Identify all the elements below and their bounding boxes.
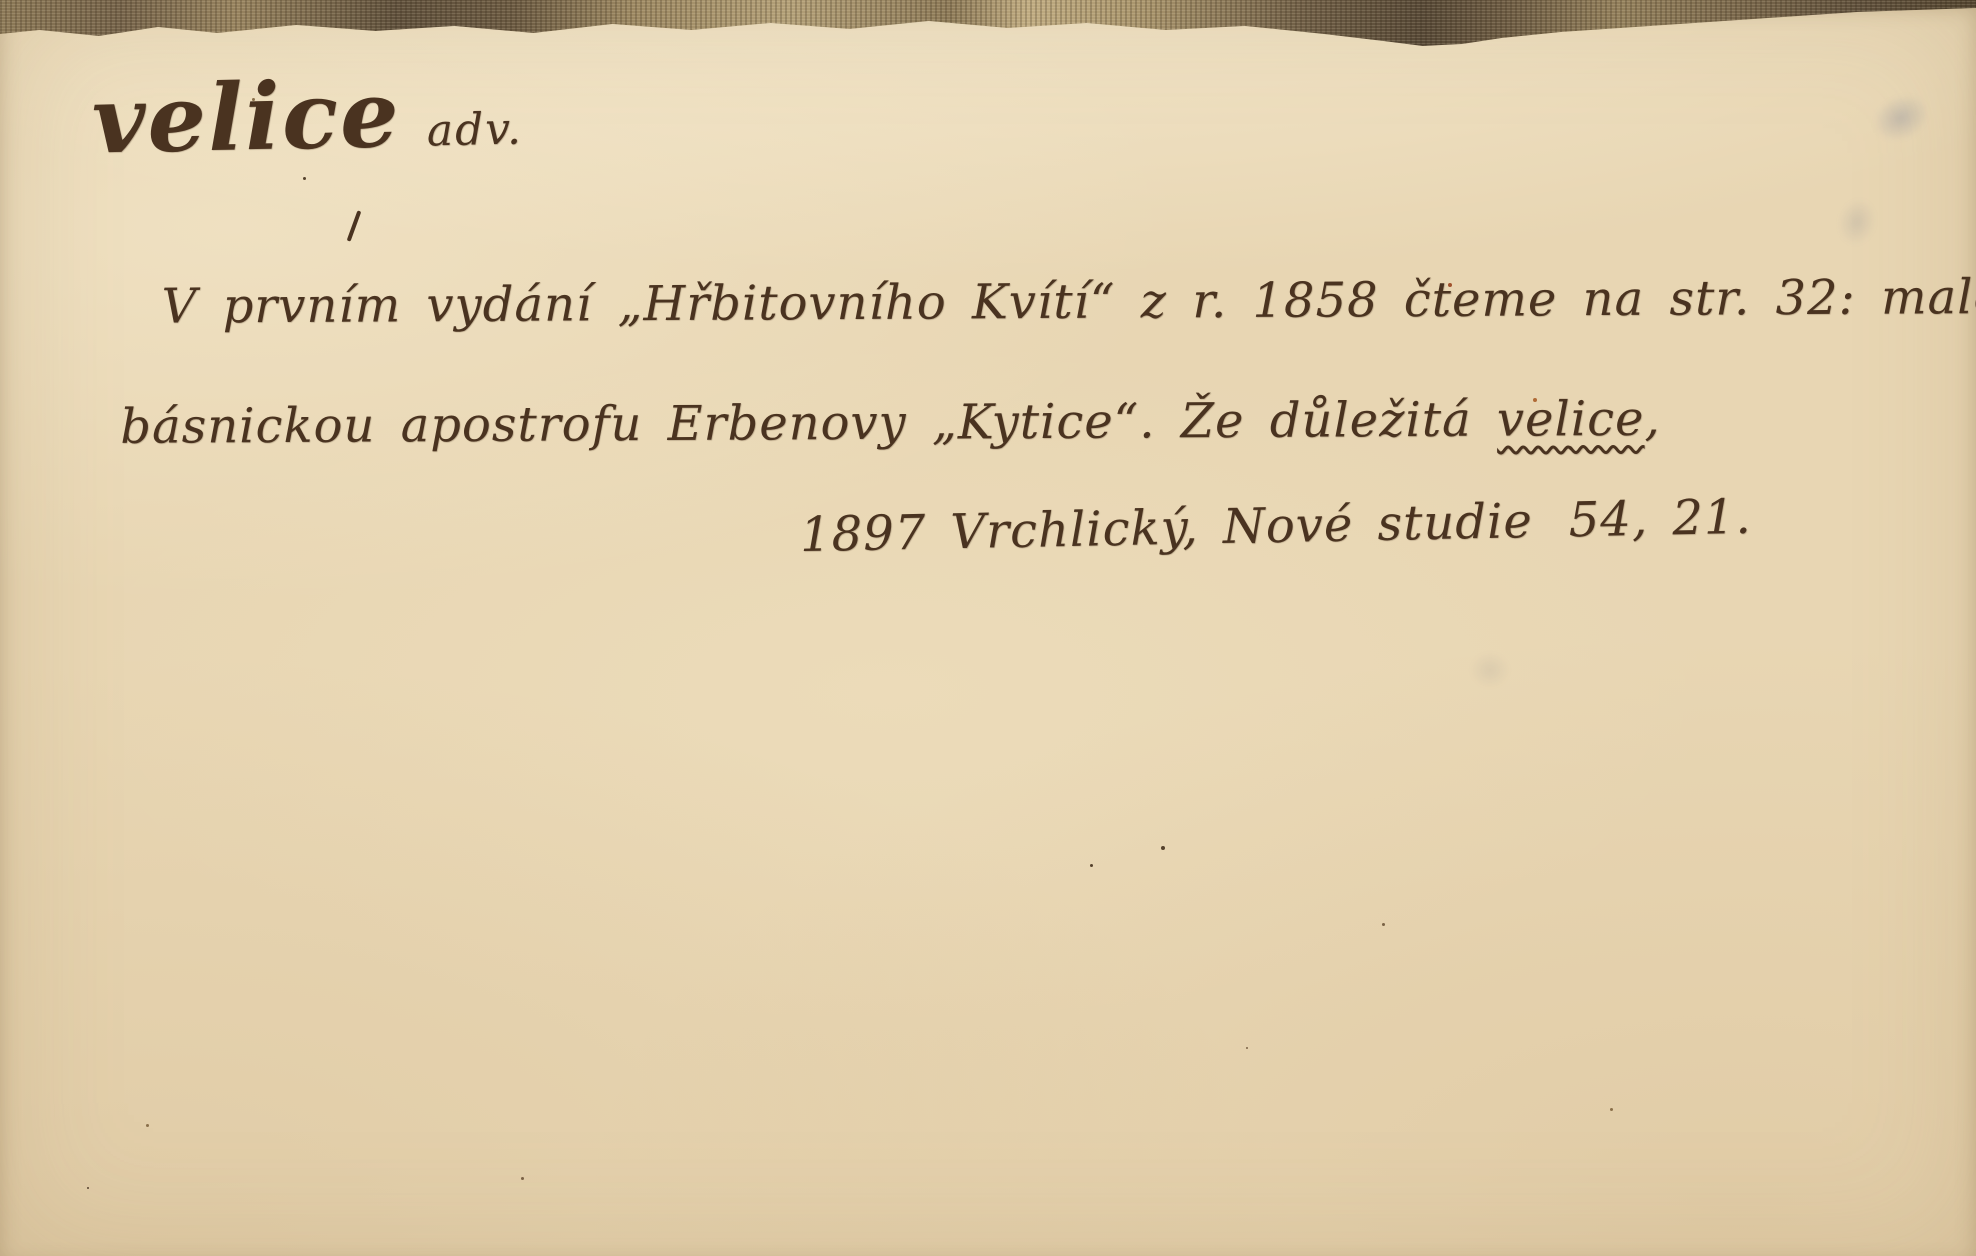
- paper-speck: [1090, 864, 1093, 867]
- paper-speck: [252, 98, 255, 101]
- paper-speck: [1533, 398, 1537, 402]
- headword: velice: [91, 60, 402, 174]
- paper-speck: [146, 1124, 149, 1127]
- citation-line: 1897 Vrchlický, Nové studie54, 21.: [800, 489, 1753, 563]
- citation-author: Vrchlický,: [950, 499, 1199, 560]
- paper-speck: [303, 177, 306, 180]
- quotation-paragraph: V prvním vydání „Hřbitovního Kvítí“ z r.…: [119, 237, 1970, 487]
- paper-speck: [1382, 923, 1385, 926]
- index-card: velice adv. V prvním vydání „Hřbitovního…: [0, 0, 1976, 1256]
- citation-pages: 54, 21.: [1568, 489, 1752, 549]
- quotation-line-2: básnickou apostrofu Erbenovy „Kytice“. Ž…: [120, 357, 1971, 487]
- stray-ink-mark: [347, 210, 362, 241]
- pencil-smudge: [1470, 652, 1510, 688]
- paper-speck: [1161, 846, 1165, 850]
- quotation-line-1: V prvním vydání „Hřbitovního Kvítí“ z r.…: [119, 237, 1970, 367]
- pencil-smudge: [1865, 86, 1936, 150]
- scanned-card-photo: velice adv. V prvním vydání „Hřbitovního…: [0, 0, 1976, 1256]
- paper-speck: [521, 1177, 524, 1180]
- quotation-line-2-comma: ,: [1644, 391, 1661, 447]
- citation-work: Nové studie: [1222, 493, 1533, 555]
- paper-speck: [1610, 1108, 1613, 1111]
- quotation-line-2-text: básnickou apostrofu Erbenovy „Kytice“. Ž…: [120, 392, 1472, 455]
- paper-speck: [1448, 283, 1452, 287]
- paper-speck: [1246, 1047, 1248, 1049]
- emphasized-word: velice: [1497, 391, 1645, 448]
- headword-row: velice adv.: [91, 58, 524, 175]
- part-of-speech-label: adv.: [426, 103, 523, 156]
- paper-speck: [87, 1187, 89, 1189]
- citation-year: 1897: [800, 505, 927, 563]
